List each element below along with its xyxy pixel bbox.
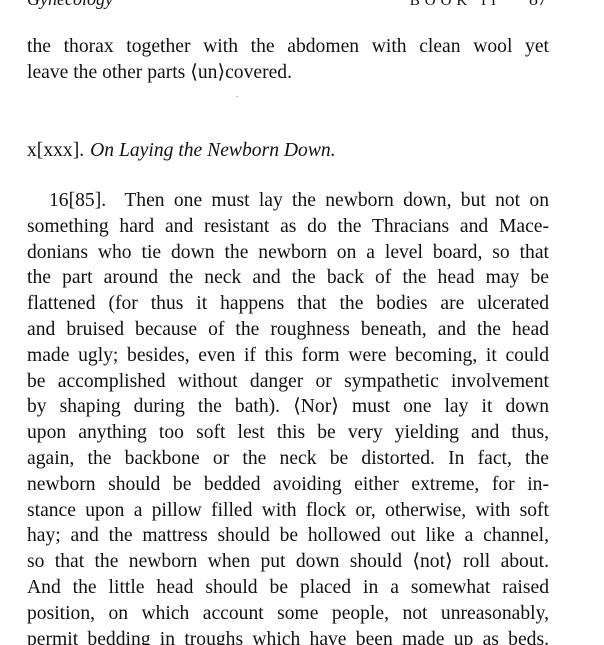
running-head: Gynecology BOOK II87 bbox=[27, 0, 547, 9]
continued-text: the thorax together with the abdomen wit… bbox=[27, 34, 549, 86]
text-line: flattened (for thus it happens that the … bbox=[27, 291, 549, 317]
text-line: by shaping during the bath). ⟨Nor⟩ must … bbox=[27, 394, 549, 420]
running-head-book: BOOK II bbox=[410, 0, 501, 9]
text-line: made ugly; besides, even if this form we… bbox=[27, 343, 549, 369]
text-line: upon anything too soft lest this be very… bbox=[27, 420, 549, 446]
running-head-right: BOOK II87 bbox=[410, 0, 547, 10]
section-heading: x[xxx].On Laying the Newborn Down. bbox=[27, 138, 336, 164]
text-line: newborn should be bedded avoiding either… bbox=[27, 472, 549, 498]
text-line: again, the backbone or the neck be disto… bbox=[27, 446, 549, 472]
text-line: something hard and resistant as do the T… bbox=[27, 214, 549, 240]
text-line: permit bedding in troughs which have bee… bbox=[27, 627, 549, 645]
book-page: Gynecology BOOK II87 the thorax together… bbox=[0, 0, 604, 645]
text-line: so that the newborn when put down should… bbox=[27, 549, 549, 575]
page-number: 87 bbox=[529, 0, 547, 9]
text-line: and bruised because of the roughness ben… bbox=[27, 317, 549, 343]
text-line: And the little head should be placed in … bbox=[27, 575, 549, 601]
paragraph-first-line: 16[85]. Then one must lay the newborn do… bbox=[27, 188, 549, 214]
text-line: stance upon a pillow filled with flock o… bbox=[27, 498, 549, 524]
text-line: position, on which account some people, … bbox=[27, 601, 549, 627]
text-line: donians who tie down the newborn on a le… bbox=[27, 240, 549, 266]
text-line: be accomplished without danger or sympat… bbox=[27, 369, 549, 395]
section-title: On Laying the Newborn Down. bbox=[90, 140, 335, 161]
paragraph: 16[85]. Then one must lay the newborn do… bbox=[27, 188, 549, 645]
text-line: the part around the neck and the back of… bbox=[27, 265, 549, 291]
running-head-title: Gynecology bbox=[27, 0, 113, 10]
section-number: x[xxx]. bbox=[27, 140, 84, 161]
paragraph-number: 16[85]. bbox=[49, 190, 106, 211]
scan-speck bbox=[236, 96, 238, 97]
text-line: leave the other parts ⟨un⟩covered. bbox=[27, 60, 549, 86]
text-line: hay; and the mattress should be hollowed… bbox=[27, 523, 549, 549]
first-line-text: Then one must lay the newborn down, but … bbox=[124, 190, 549, 211]
text-line: the thorax together with the abdomen wit… bbox=[27, 34, 549, 60]
